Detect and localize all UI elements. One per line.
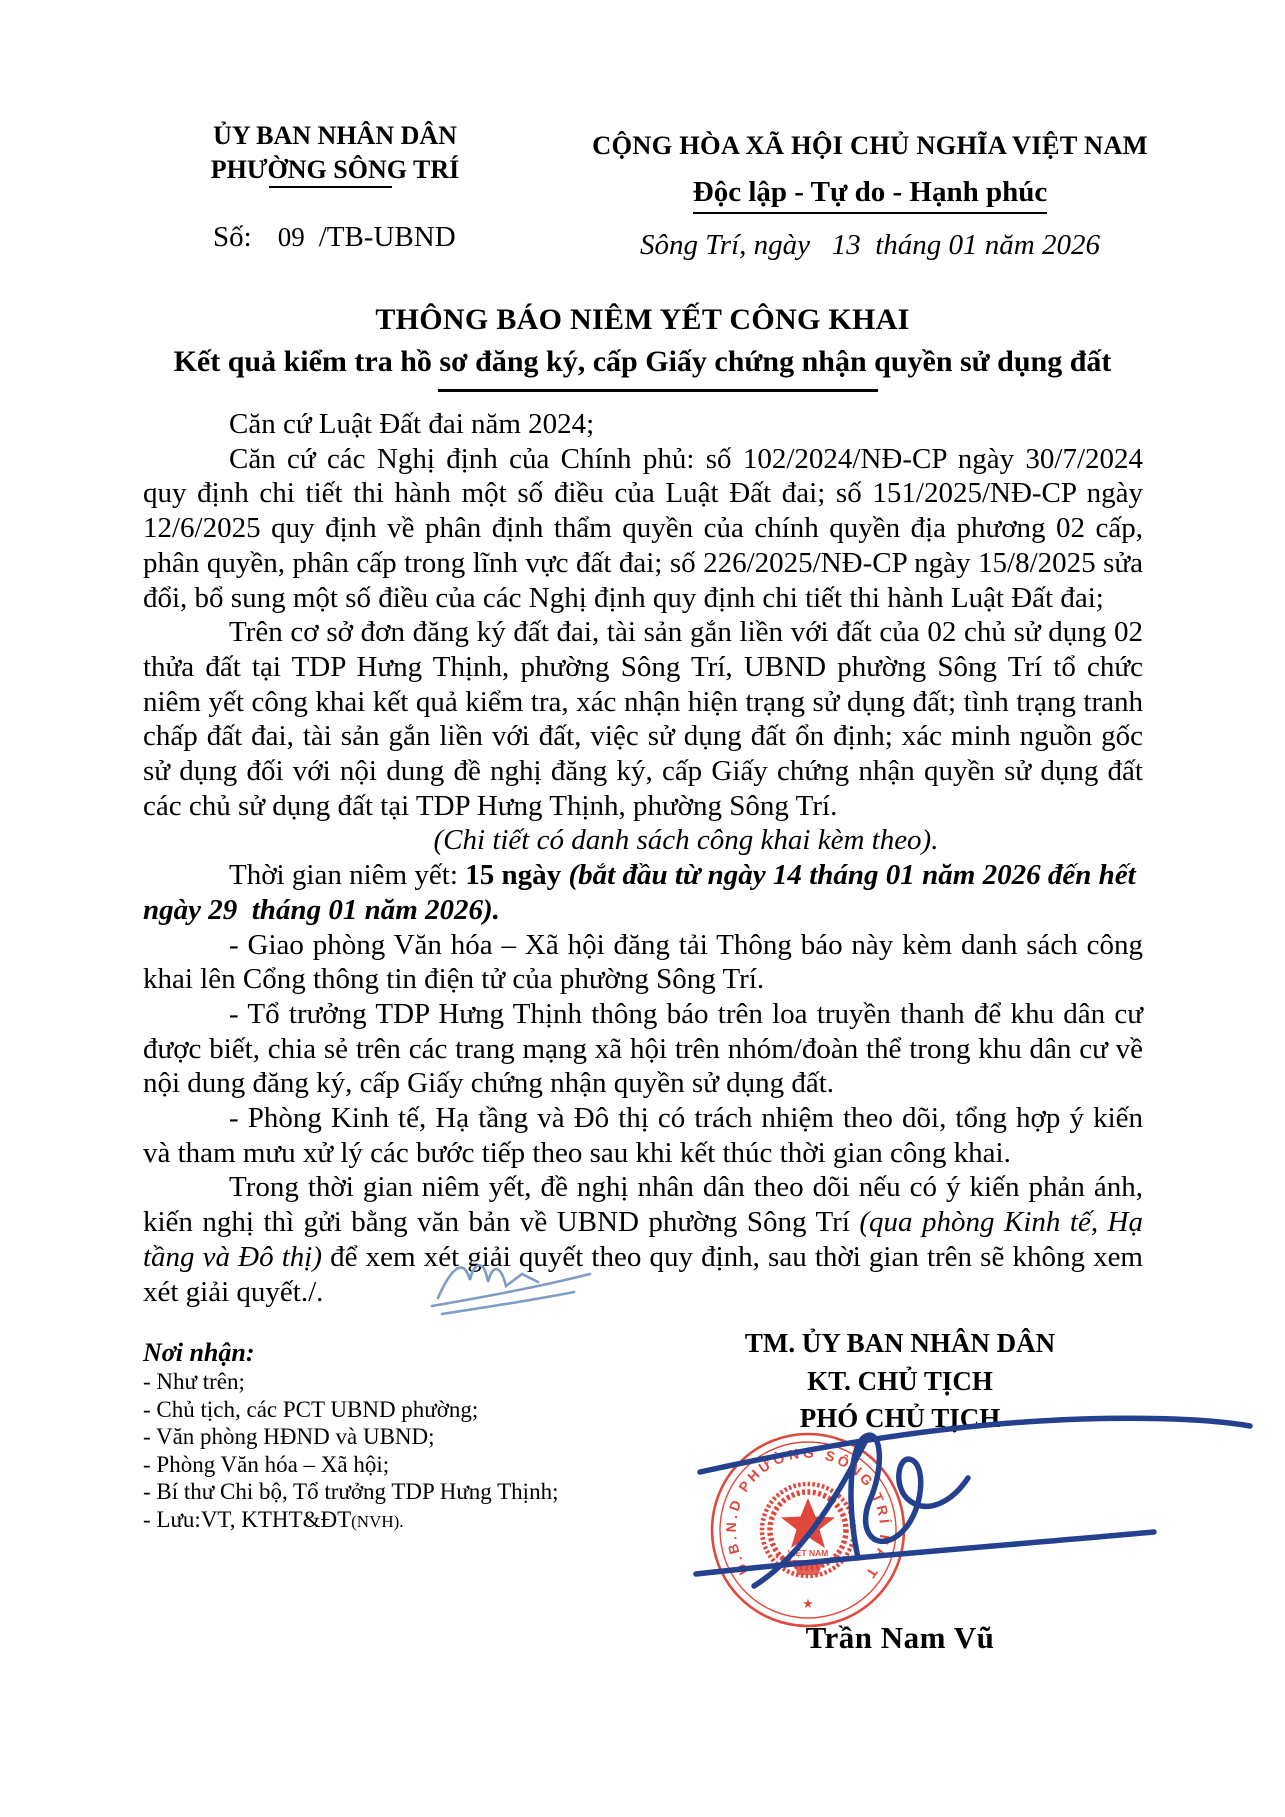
paragraph-attachment-note: (Chi tiết có danh sách công khai kèm the… <box>143 823 1143 858</box>
paragraph-feedback-instruction: Trong thời gian niêm yết, đề nghị nhân d… <box>143 1170 1143 1309</box>
document-page: ỦY BAN NHÂN DÂN PHƯỜNG SÔNG TRÍ CỘNG HÒA… <box>0 0 1285 1817</box>
posting-period-label: Thời gian niêm yết: <box>229 859 465 891</box>
paragraph-task-economy-office: - Phòng Kinh tế, Hạ tầng và Đô thị có tr… <box>143 1101 1143 1170</box>
doc-number-label: Số: <box>213 221 252 253</box>
issuing-agency-name: PHƯỜNG SÔNG TRÍ <box>175 155 495 185</box>
paragraph-task-hamlet-leader: - Tổ trưởng TDP Hưng Thịnh thông báo trê… <box>143 997 1143 1101</box>
paragraph-posting-period: Thời gian niêm yết: 15 ngày (bắt đầu từ … <box>143 858 1143 927</box>
document-body: Căn cứ Luật Đất đai năm 2024; Căn cứ các… <box>143 407 1143 1309</box>
recipient-item: - Chủ tịch, các PCT UBND phường; <box>143 1396 558 1424</box>
motto-underlined-text: Độc lập - Tự do - Hạnh phúc <box>693 176 1048 214</box>
agency-underline <box>269 186 392 188</box>
national-motto-line1: CỘNG HÒA XÃ HỘI CHỦ NGHĨA VIỆT NAM <box>565 130 1175 161</box>
paragraph-context: Trên cơ sở đơn đăng ký đất đai, tài sản … <box>143 615 1143 823</box>
document-subtitle: Kết quả kiểm tra hồ sơ đăng ký, cấp Giấy… <box>0 345 1285 379</box>
recipient-item: - Văn phòng HĐND và UBND; <box>143 1423 558 1451</box>
posting-period-duration: 15 ngày <box>465 859 568 891</box>
handwritten-signature <box>560 1388 1260 1618</box>
document-title: THÔNG BÁO NIÊM YẾT CÔNG KHAI <box>0 303 1285 337</box>
title-underline <box>438 389 878 392</box>
doc-number-value: 09 <box>278 222 305 252</box>
issuing-agency-parent: ỦY BAN NHÂN DÂN <box>175 121 495 151</box>
archive-main: - Lưu:VT, KTHT&ĐT <box>143 1507 351 1532</box>
recipients-list: - Như trên; - Chủ tịch, các PCT UBND phư… <box>143 1368 558 1535</box>
paragraph-legal-basis-1: Căn cứ Luật Đất đai năm 2024; <box>143 407 1143 442</box>
signature-authority-line: TM. ỦY BAN NHÂN DÂN <box>640 1328 1160 1359</box>
paragraph-legal-basis-2: Căn cứ các Nghị định của Chính phủ: số 1… <box>143 442 1143 616</box>
initial-paraph-signature <box>426 1244 602 1318</box>
place-date-line: Sông Trí, ngày 13 tháng 01 năm 2026 <box>565 229 1175 262</box>
recipient-item: - Bí thư Chi bộ, Tổ trưởng TDP Hưng Thịn… <box>143 1478 558 1506</box>
recipients-label: Nơi nhận: <box>143 1338 255 1368</box>
recipient-item: - Như trên; <box>143 1368 558 1396</box>
doc-number-suffix: /TB-UBND <box>319 221 456 253</box>
paragraph-task-culture-office: - Giao phòng Văn hóa – Xã hội đăng tải T… <box>143 928 1143 997</box>
recipient-item-archive: - Lưu:VT, KTHT&ĐT(NVH). <box>143 1506 558 1536</box>
national-motto-line2: Độc lập - Tự do - Hạnh phúc <box>565 176 1175 214</box>
archive-clerk-initials: (NVH). <box>351 1512 403 1531</box>
document-number-line: Số:09/TB-UBND <box>213 221 456 254</box>
recipient-item: - Phòng Văn hóa – Xã hội; <box>143 1451 558 1479</box>
